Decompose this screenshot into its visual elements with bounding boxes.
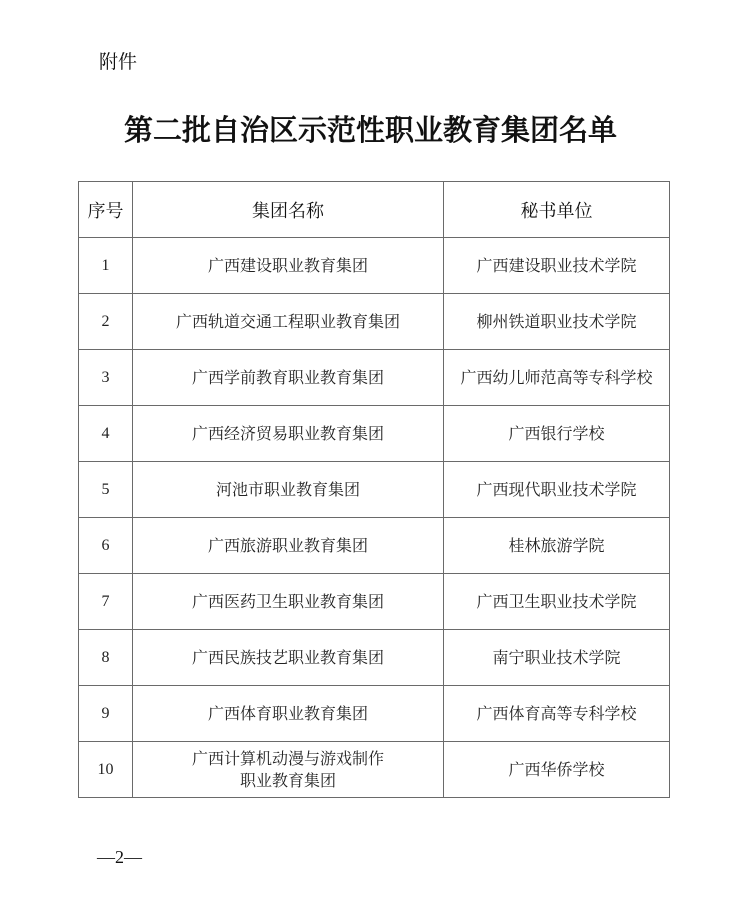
- header-group-name: 集团名称: [133, 182, 444, 238]
- row-group-name: 广西学前教育职业教育集团: [133, 350, 444, 406]
- header-secretariat: 秘书单位: [444, 182, 670, 238]
- row-index: 8: [79, 630, 133, 686]
- vocational-groups-table: 序号 集团名称 秘书单位 1 广西建设职业教育集团 广西建设职业技术学院 2 广…: [78, 181, 670, 798]
- row-index: 1: [79, 238, 133, 294]
- row-secretariat: 广西幼儿师范高等专科学校: [444, 350, 670, 406]
- header-index: 序号: [79, 182, 133, 238]
- table-row: 9 广西体育职业教育集团 广西体育高等专科学校: [79, 686, 670, 742]
- row-secretariat: 南宁职业技术学院: [444, 630, 670, 686]
- table-row: 8 广西民族技艺职业教育集团 南宁职业技术学院: [79, 630, 670, 686]
- row-group-name-line2: 职业教育集团: [133, 770, 443, 792]
- row-index: 3: [79, 350, 133, 406]
- table-row: 3 广西学前教育职业教育集团 广西幼儿师范高等专科学校: [79, 350, 670, 406]
- row-secretariat: 广西现代职业技术学院: [444, 462, 670, 518]
- table-row: 6 广西旅游职业教育集团 桂林旅游学院: [79, 518, 670, 574]
- row-secretariat: 广西建设职业技术学院: [444, 238, 670, 294]
- row-group-name: 广西医药卫生职业教育集团: [133, 574, 444, 630]
- table-row: 1 广西建设职业教育集团 广西建设职业技术学院: [79, 238, 670, 294]
- row-group-name: 河池市职业教育集团: [133, 462, 444, 518]
- document-title: 第二批自治区示范性职业教育集团名单: [0, 112, 741, 148]
- table-row: 7 广西医药卫生职业教育集团 广西卫生职业技术学院: [79, 574, 670, 630]
- table-row: 5 河池市职业教育集团 广西现代职业技术学院: [79, 462, 670, 518]
- row-secretariat: 广西华侨学校: [444, 742, 670, 798]
- row-group-name: 广西计算机动漫与游戏制作 职业教育集团: [133, 742, 444, 798]
- table-row: 4 广西经济贸易职业教育集团 广西银行学校: [79, 406, 670, 462]
- attachment-label: 附件: [99, 50, 137, 74]
- row-index: 5: [79, 462, 133, 518]
- row-group-name: 广西民族技艺职业教育集团: [133, 630, 444, 686]
- row-index: 10: [79, 742, 133, 798]
- row-index: 4: [79, 406, 133, 462]
- row-index: 2: [79, 294, 133, 350]
- table-row: 2 广西轨道交通工程职业教育集团 柳州铁道职业技术学院: [79, 294, 670, 350]
- table-row: 10 广西计算机动漫与游戏制作 职业教育集团 广西华侨学校: [79, 742, 670, 798]
- row-group-name: 广西经济贸易职业教育集团: [133, 406, 444, 462]
- row-secretariat: 广西卫生职业技术学院: [444, 574, 670, 630]
- table-header-row: 序号 集团名称 秘书单位: [79, 182, 670, 238]
- row-index: 9: [79, 686, 133, 742]
- row-index: 7: [79, 574, 133, 630]
- row-secretariat: 广西体育高等专科学校: [444, 686, 670, 742]
- row-secretariat: 桂林旅游学院: [444, 518, 670, 574]
- row-group-name: 广西轨道交通工程职业教育集团: [133, 294, 444, 350]
- row-index: 6: [79, 518, 133, 574]
- page-number: —2—: [97, 845, 142, 869]
- row-secretariat: 柳州铁道职业技术学院: [444, 294, 670, 350]
- row-group-name-line1: 广西计算机动漫与游戏制作: [133, 748, 443, 770]
- row-group-name: 广西体育职业教育集团: [133, 686, 444, 742]
- row-group-name: 广西建设职业教育集团: [133, 238, 444, 294]
- row-group-name: 广西旅游职业教育集团: [133, 518, 444, 574]
- row-secretariat: 广西银行学校: [444, 406, 670, 462]
